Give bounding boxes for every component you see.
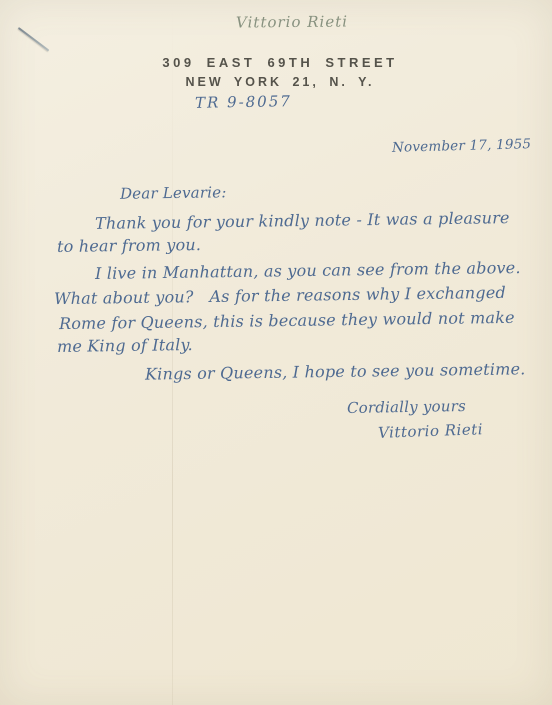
body-line: Kings or Queens, I hope to see you somet… (145, 359, 526, 383)
letterhead: 309 EAST 69TH STREET NEW YORK 21, N. Y. (0, 55, 552, 89)
phone-number: TR 9-8057 (195, 92, 292, 112)
archivist-annotation: Vittorio Rieti (236, 13, 348, 32)
letterhead-city: NEW YORK 21, N. Y. (0, 75, 552, 89)
body-line: to hear from you. (57, 235, 201, 256)
date-line: November 17, 1955 (392, 136, 532, 156)
body-line: What about you? As for the reasons why I… (54, 283, 506, 308)
body-line: me King of Italy. (57, 335, 193, 356)
staple-mark (18, 27, 50, 51)
letter-page: Vittorio Rieti 309 EAST 69TH STREET NEW … (0, 0, 552, 705)
letterhead-street: 309 EAST 69TH STREET (0, 55, 552, 70)
signature: Vittorio Rieti (378, 420, 484, 442)
salutation: Dear Levarie: (120, 183, 227, 202)
body-line: Thank you for your kindly note - It was … (95, 208, 510, 233)
closing-line: Cordially yours (347, 397, 466, 417)
body-line: Rome for Queens, this is because they wo… (59, 308, 515, 333)
body-line: I live in Manhattan, as you can see from… (95, 258, 521, 283)
